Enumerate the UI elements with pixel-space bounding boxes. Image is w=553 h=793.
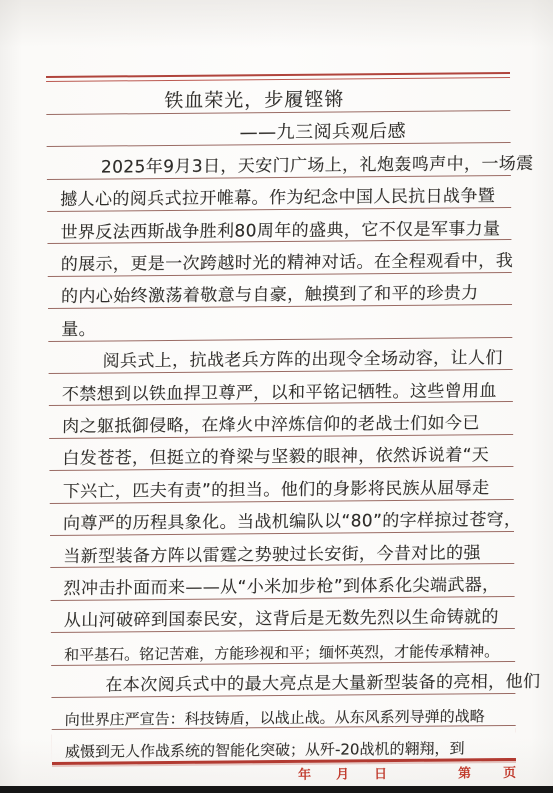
handwritten-line: 威慑到无人作战系统的智能化突破；从歼-20战机的翱翔，到 xyxy=(52,726,516,764)
line-text: 从山河破碎到国泰民安，这背后是无数先烈以生命铸就的 xyxy=(64,609,499,631)
line-text: 向世界庄严宣告：科技铸盾，以战止战。从东风系列导弹的战略 xyxy=(64,709,484,728)
subtitle-line: ——九三阅兵观后感 xyxy=(46,111,510,147)
line-text: 肉之躯抵御侵略，在烽火中淬炼信仰的老战士们如今已 xyxy=(62,415,480,436)
line-text: 和平基石。铭记苦难，方能珍视和平；缅怀英烈，才能传承精神。 xyxy=(64,644,499,664)
photo-bottom-edge xyxy=(0,786,553,793)
line-text: 向尊严的历程具象化。当战机编队以“80”的字样掠过苍穹， xyxy=(63,512,522,534)
ruled-rows: 铁血荣光，步履铿锵 ——九三阅兵观后感 2025年9月3日，天安门广场上，礼炮轰… xyxy=(46,78,516,764)
handwritten-line: 向世界庄严宣告：科技铸盾，以战止战。从东风系列导弹的战略 xyxy=(51,694,515,730)
line-text: 阅兵式上，抗战老兵方阵的出现令全场动容，让人们 xyxy=(102,350,502,371)
handwritten-line: 烈冲击扑面而来——从“小米加步枪”到体系化尖端武器， xyxy=(50,564,514,600)
handwritten-line: 和平基石。铭记苦难，方能珍视和平；缅怀英烈，才能传承精神。 xyxy=(51,629,515,665)
line-text: 白发苍苍，但挺立的脊梁与坚毅的眼神，依然诉说着“天 xyxy=(62,448,489,470)
line-text: 下兴亡，匹夫有责”的担当。他们的身影将民族从屈辱走 xyxy=(62,480,489,502)
line-text: 在本次阅兵式中的最大亮点是大量新型装备的亮相，他们 xyxy=(105,674,540,696)
line-text: 威慑到无人作战系统的智能化突破；从歼-20战机的翱翔，到 xyxy=(65,741,465,760)
footer-year-label: 年 xyxy=(298,768,311,781)
title-line: 铁血荣光，步履铿锵 xyxy=(46,78,510,114)
footer-day-label: 日 xyxy=(374,768,387,781)
handwritten-line: 不禁想到以铁血捍卫尊严，以和平铭记牺牲。这些曾用血 xyxy=(49,370,513,406)
line-text: 撼人心的阅兵式拉开帷幕。作为纪念中国人民抗日战争暨 xyxy=(60,188,495,210)
line-text: 量。 xyxy=(61,321,96,339)
essay-title: 铁血荣光，步履铿锵 xyxy=(164,90,344,112)
footer-page-label: 页 xyxy=(503,767,516,780)
line-text: 的展示，更是一次跨越时光的精神对话。在全程观看中，我 xyxy=(61,253,514,275)
handwritten-line: 阅兵式上，抗战老兵方阵的出现令全场动容，让人们 xyxy=(48,338,512,374)
essay-subtitle: ——九三阅兵观后感 xyxy=(239,123,406,143)
handwritten-line: 白发苍苍，但挺立的脊梁与坚毅的眼神，依然诉说着“天 xyxy=(49,435,513,471)
handwritten-line: 在本次阅兵式中的最大亮点是大量新型装备的亮相，他们 xyxy=(51,661,515,697)
line-text: 烈冲击扑面而来——从“小米加步枪”到体系化尖端武器， xyxy=(63,577,499,599)
footer-month-label: 月 xyxy=(336,768,349,781)
handwritten-line: 肉之躯抵御侵略，在烽火中淬炼信仰的老战士们如今已 xyxy=(49,402,513,438)
handwritten-line: 当新型装备方阵以雷霆之势驶过长安街，今昔对比的强 xyxy=(50,532,514,568)
line-text: 不禁想到以铁血捍卫尊严，以和平铭记牺牲。这些曾用血 xyxy=(62,383,497,405)
handwritten-line: 的内心始终激荡着敬意与自豪，触摸到了和平的珍贵力 xyxy=(48,273,512,309)
handwritten-line: 撼人心的阅兵式拉开帷幕。作为纪念中国人民抗日战争暨 xyxy=(47,176,511,212)
handwritten-line: 量。 xyxy=(48,305,512,341)
handwritten-line: 从山河破碎到国泰民安，这背后是无数先烈以生命铸就的 xyxy=(51,597,515,633)
footer-ordinal-label: 第 xyxy=(458,767,471,780)
line-text: 的内心始终激荡着敬意与自豪，触摸到了和平的珍贵力 xyxy=(61,286,479,307)
handwritten-line: 世界反法西斯战争胜利80周年的盛典，它不仅是军事力量 xyxy=(47,208,511,244)
line-text: 2025年9月3日，天安门广场上，礼炮轰鸣声中，一场震 xyxy=(101,156,534,178)
ruled-sheet: 铁血荣光，步履铿锵 ——九三阅兵观后感 2025年9月3日，天安门广场上，礼炮轰… xyxy=(46,72,516,790)
handwritten-line: 2025年9月3日，天安门广场上，礼炮轰鸣声中，一场震 xyxy=(47,143,511,179)
handwritten-line: 下兴亡，匹夫有责”的担当。他们的身影将民族从屈辱走 xyxy=(49,467,513,503)
handwritten-line: 的展示，更是一次跨越时光的精神对话。在全程观看中，我 xyxy=(47,240,511,276)
handwritten-line: 向尊严的历程具象化。当战机编队以“80”的字样掠过苍穹， xyxy=(50,500,514,536)
line-text: 世界反法西斯战争胜利80周年的盛典，它不仅是军事力量 xyxy=(60,221,500,243)
line-text: 当新型装备方阵以雷霆之势驶过长安街，今昔对比的强 xyxy=(63,545,481,566)
